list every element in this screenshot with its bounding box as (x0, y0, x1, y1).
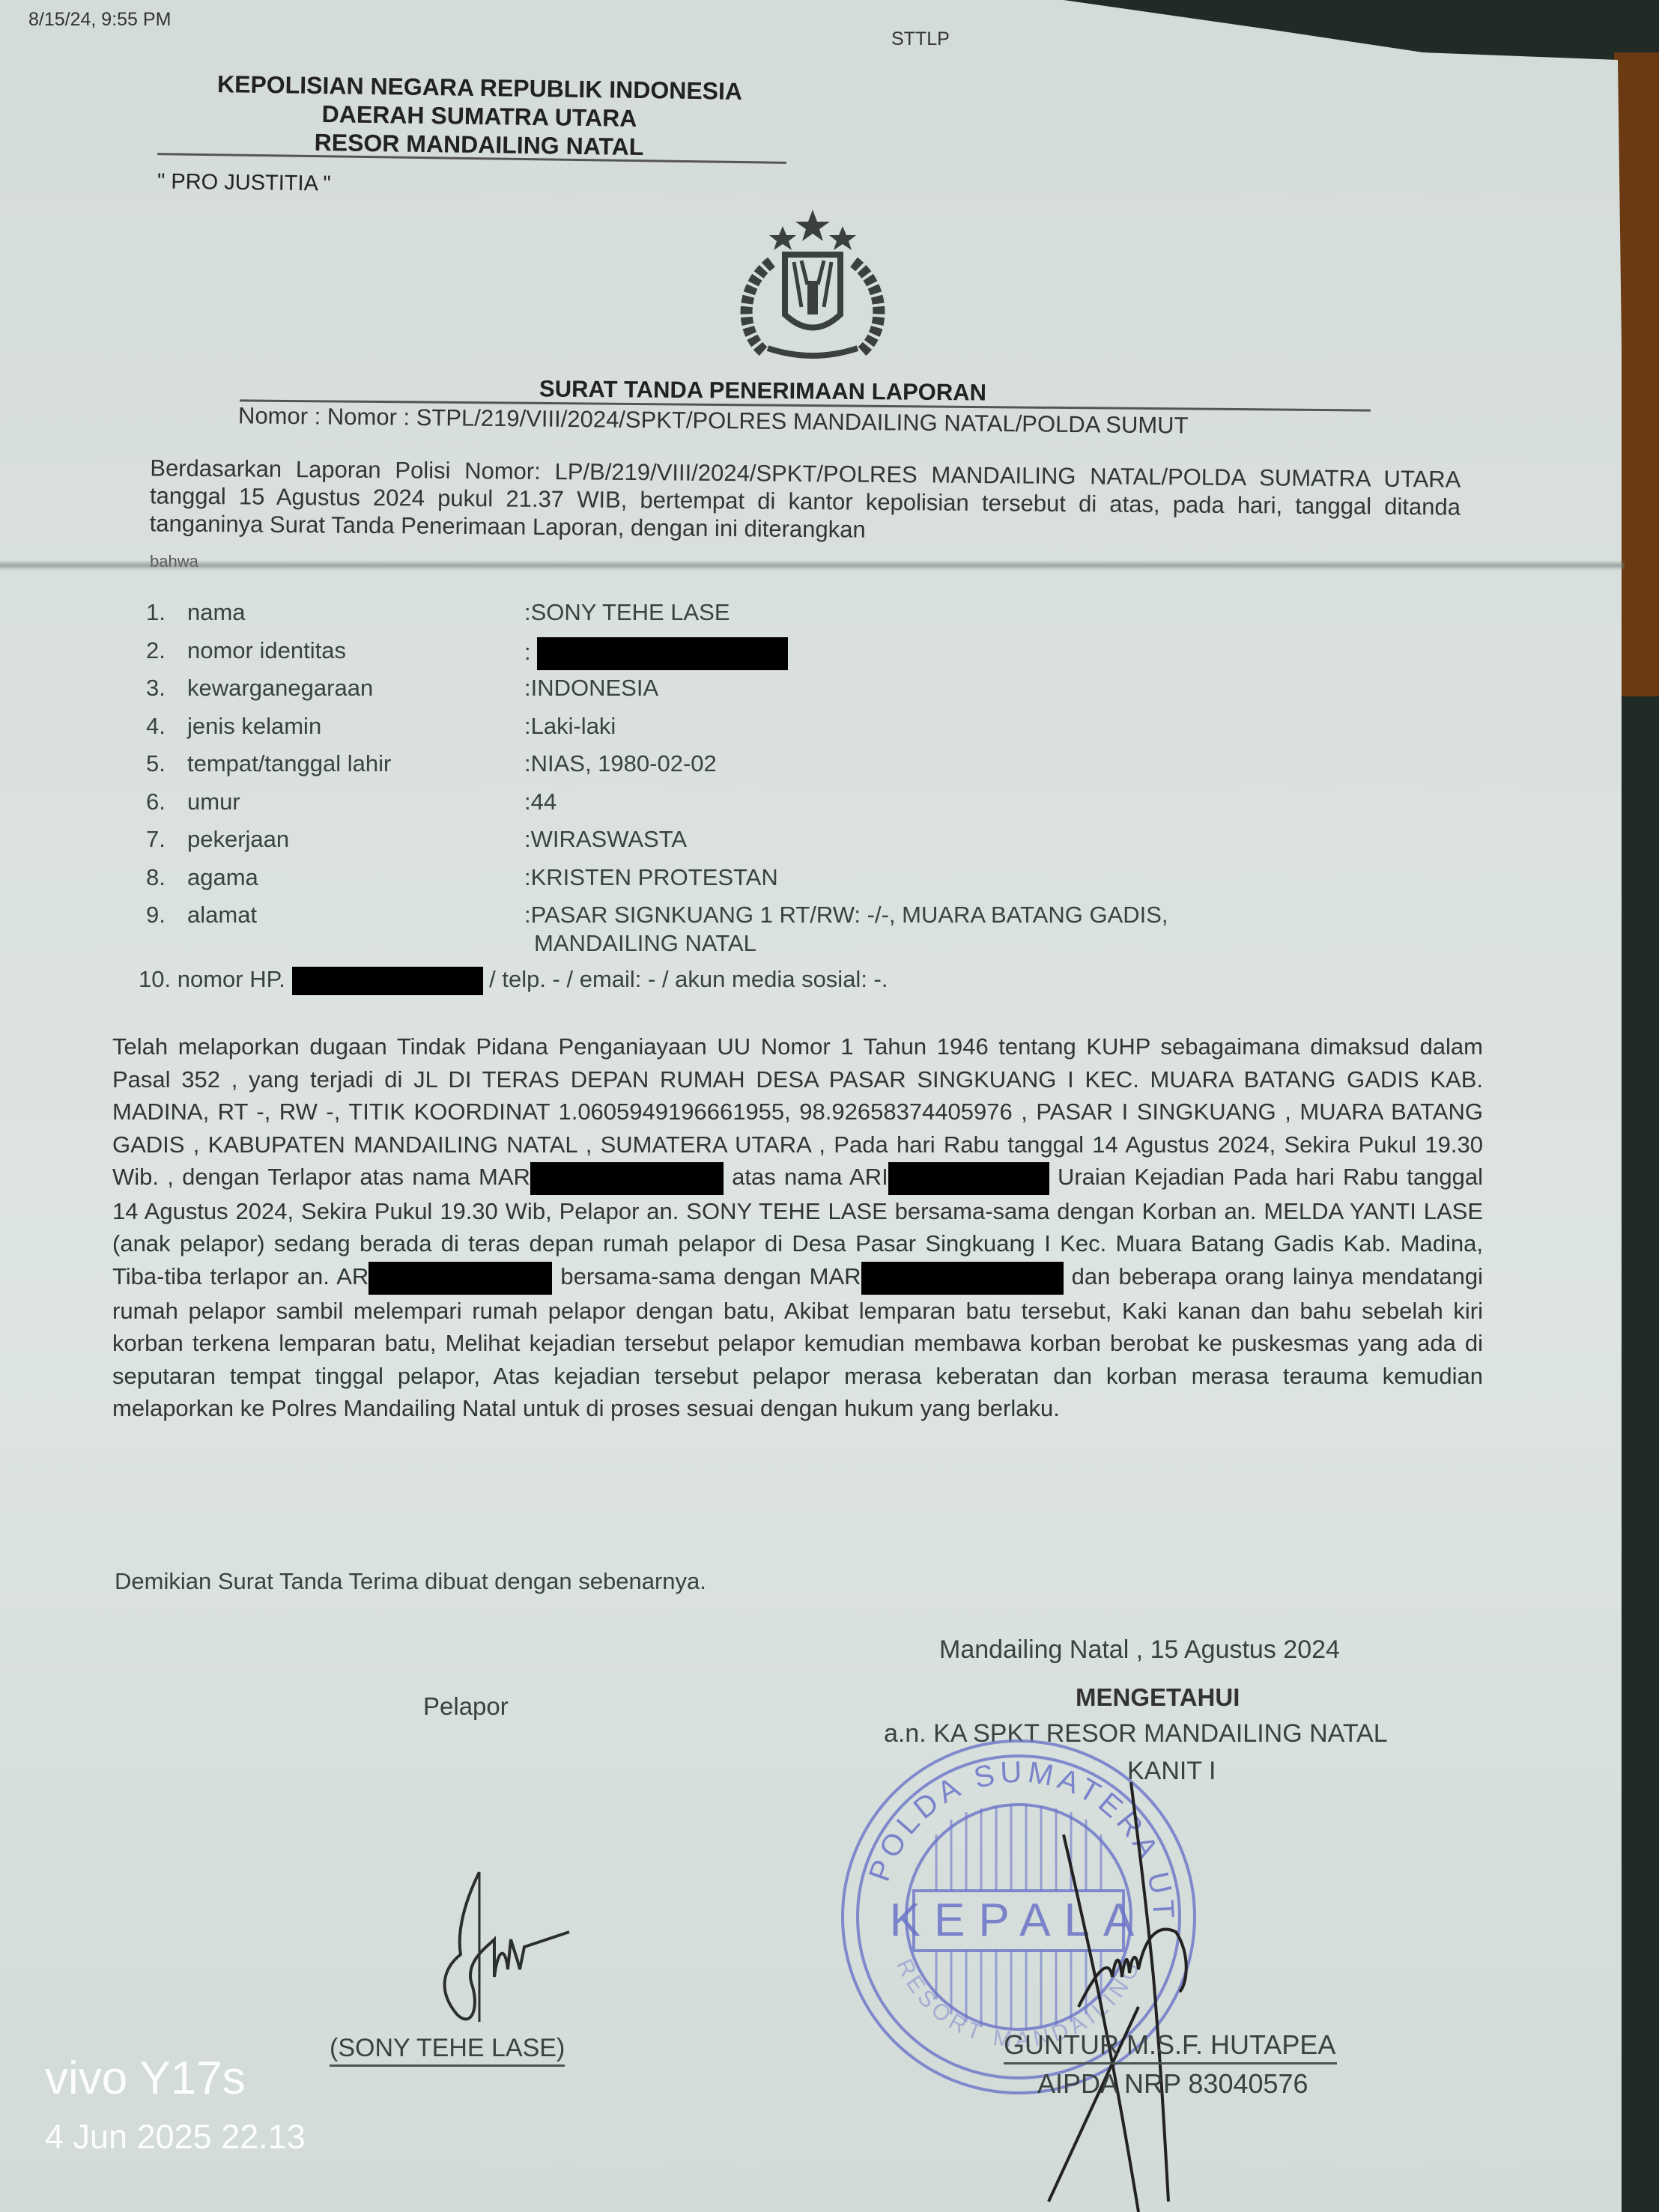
identity-row-citizenship: 3. kewarganegaraan :INDONESIA (146, 675, 1419, 713)
intro-paragraph: Berdasarkan Laporan Polisi Nomor: LP/B/2… (150, 454, 1461, 548)
officer-rank-nrp: AIPDA NRP 83040576 (1037, 2068, 1308, 2100)
redaction-box (530, 1162, 724, 1195)
reporter-identity-list: 1. nama :SONY TEHE LASE 2. nomor identit… (146, 599, 1419, 940)
redaction-box (861, 1262, 1064, 1295)
identity-row-birth: 5. tempat/tanggal lahir :NIAS, 1980-02-0… (146, 750, 1419, 789)
contact-row: 10. nomor HP. / telp. - / email: - / aku… (139, 966, 888, 995)
police-report-document: 8/15/24, 9:55 PM STTLP KEPOLISIAN NEGARA… (0, 0, 1622, 2212)
letterhead: KEPOLISIAN NEGARA REPUBLIK INDONESIA DAE… (157, 69, 802, 163)
redaction-box (537, 637, 788, 670)
identity-row-name: 1. nama :SONY TEHE LASE (146, 599, 1419, 637)
paper-fold (0, 560, 1659, 571)
camera-watermark-model: vivo Y17s (45, 2052, 246, 2105)
acknowledged-label: MENGETAHUI (1076, 1683, 1240, 1712)
redaction-box (292, 967, 483, 995)
identity-row-address: 9. alamat :PASAR SIGNKUANG 1 RT/RW: -/-,… (146, 902, 1419, 940)
reporter-signature-icon (419, 1857, 599, 2037)
identity-row-religion: 8. agama :KRISTEN PROTESTAN (146, 864, 1419, 902)
closing-statement: Demikian Surat Tanda Terima dibuat denga… (115, 1568, 706, 1595)
police-emblem-icon (727, 210, 899, 367)
officer-name: GUNTUR M.S.F. HUTAPEA (1004, 2029, 1337, 2064)
document-code: STTLP (891, 28, 950, 50)
reporter-name: (SONY TEHE LASE) (330, 2034, 565, 2067)
officer-signature-icon (1034, 1782, 1303, 2212)
reporter-label: Pelapor (423, 1692, 509, 1721)
incident-description: Telah melaporkan dugaan Tindak Pidana Pe… (112, 1030, 1483, 1425)
identity-row-gender: 4. jenis kelamin :Laki-laki (146, 713, 1419, 751)
camera-watermark-datetime: 4 Jun 2025 22.13 (45, 2118, 306, 2157)
pro-justitia: " PRO JUSTITIA " (157, 169, 331, 196)
place-date: Mandailing Natal , 15 Agustus 2024 (939, 1635, 1340, 1665)
identity-row-id-number: 2. nomor identitas : (146, 637, 1419, 675)
identity-row-age: 6. umur :44 (146, 789, 1419, 827)
redaction-box (369, 1262, 552, 1295)
redaction-box (888, 1162, 1049, 1195)
document-title: SURAT TANDA PENERIMAAN LAPORAN (539, 375, 986, 406)
print-timestamp: 8/15/24, 9:55 PM (28, 9, 171, 31)
identity-row-occupation: 7. pekerjaan :WIRASWASTA (146, 826, 1419, 864)
